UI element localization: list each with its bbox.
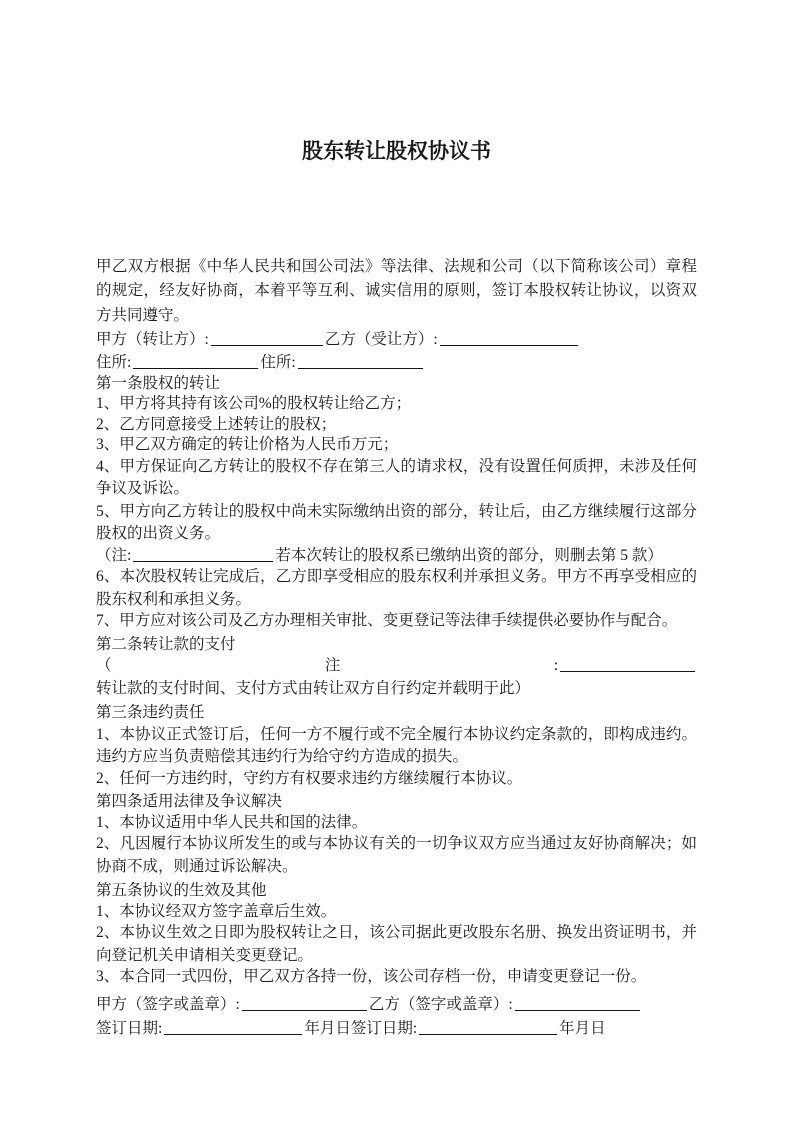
section1-heading: 第一条股权的转让: [96, 374, 697, 395]
party-a-blank: [211, 331, 323, 346]
clause-3-1: 1、本协议正式签订后，任何一方不履行或不完全履行本协议约定条款的，即构成违约。违…: [96, 724, 697, 769]
section4-heading: 第四条适用法律及争议解决: [96, 792, 697, 813]
section1-note: （注:若本次转让的股权系已缴纳出资的部分，则删去第 5 款）: [96, 546, 697, 567]
date-a-blank: [164, 1020, 302, 1035]
section2-note-prefix: （注:: [96, 657, 558, 674]
party-b-blank: [440, 331, 578, 346]
party-line: 甲方（转让方）:乙方（受让方）:: [96, 328, 697, 351]
clause-5-2: 2、本协议生效之日即为股权转让之日，该公司据此更改股东名册、换发出资证明书，并向…: [96, 922, 697, 967]
clause-1-1: 1、甲方将其持有该公司%的股权转让给乙方；: [96, 394, 697, 415]
section3-heading: 第三条违约责任: [96, 703, 697, 724]
signature-party-b-label: 乙方（签字或盖章）:: [369, 996, 513, 1013]
clause-1-6: 6、本次股权转让完成后，乙方即享受相应的股东权利并承担义务。甲方不再享受相应的股…: [96, 566, 697, 611]
date-line: 签订日期:年月日签订日期:年月日: [96, 1018, 697, 1040]
clause-3-2: 2、任何一方违约时，守约方有权要求违约方继续履行本协议。: [96, 769, 697, 790]
date-b-label: 签订日期:: [351, 1020, 417, 1037]
document-title: 股东转让股权协议书: [96, 136, 697, 166]
date-a-suffix: 年月日: [304, 1020, 351, 1037]
signature-party-a-blank: [242, 996, 367, 1011]
clause-1-2: 2、乙方同意接受上述转让的股权；: [96, 415, 697, 436]
clause-1-3: 3、甲乙双方确定的转让价格为人民币万元；: [96, 435, 697, 456]
date-b-suffix: 年月日: [559, 1020, 606, 1037]
signature-party-b-blank: [515, 996, 640, 1011]
address-b-label: 住所:: [260, 354, 295, 371]
address-line: 住所:住所:: [96, 351, 697, 374]
signature-line: 甲方（签字或盖章）:乙方（签字或盖章）:: [96, 994, 697, 1016]
clause-5-3: 3、本合同一式四份，甲乙双方各持一份，该公司存档一份，申请变更登记一份。: [96, 967, 697, 988]
section1-note-suffix: 若本次转让的股权系已缴纳出资的部分，则删去第 5 款）: [275, 547, 663, 564]
date-a-label: 签订日期:: [96, 1020, 162, 1037]
section2-note-suffix: 转让款的支付时间、支付方式由转让双方自行约定并载明于此）: [96, 680, 530, 697]
document-page: 股东转让股权协议书 甲乙双方根据《中华人民共和国公司法》等法律、法规和公司（以下…: [0, 0, 793, 1040]
address-a-label: 住所:: [96, 354, 131, 371]
clause-1-5: 5、甲方向乙方转让的股权中尚未实际缴纳出资的部分，转让后，由乙方继续履行这部分股…: [96, 501, 697, 546]
section1-note-prefix: （注:: [96, 547, 131, 564]
address-a-blank: [133, 354, 258, 369]
clause-1-7: 7、甲方应对该公司及乙方办理相关审批、变更登记等法律手续提供必要协作与配合。: [96, 611, 697, 632]
party-a-label: 甲方（转让方）:: [96, 331, 209, 348]
section2-note: （注:转让款的支付时间、支付方式由转让双方自行约定并载明于此）: [96, 655, 697, 700]
signature-party-a-label: 甲方（签字或盖章）:: [96, 996, 240, 1013]
clause-4-1: 1、本协议适用中华人民共和国的法律。: [96, 813, 697, 834]
date-b-blank: [419, 1020, 557, 1035]
clause-4-2: 2、凡因履行本协议所发生的或与本协议有关的一切争议双方应当通过友好协商解决；如协…: [96, 833, 697, 878]
intro-paragraph: 甲乙双方根据《中华人民共和国公司法》等法律、法规和公司（以下简称该公司）章程的规…: [96, 255, 697, 328]
section2-heading: 第二条转让款的支付: [96, 635, 697, 656]
section1-note-blank: [133, 547, 273, 562]
address-b-blank: [298, 354, 423, 369]
clause-5-1: 1、本协议经双方签字盖章后生效。: [96, 902, 697, 923]
party-b-label: 乙方（受让方）:: [325, 331, 438, 348]
section2-note-blank: [560, 657, 695, 672]
clause-1-4: 4、甲方保证向乙方转让的股权不存在第三人的请求权，没有设置任何质押，未涉及任何争…: [96, 456, 697, 501]
section5-heading: 第五条协议的生效及其他: [96, 881, 697, 902]
